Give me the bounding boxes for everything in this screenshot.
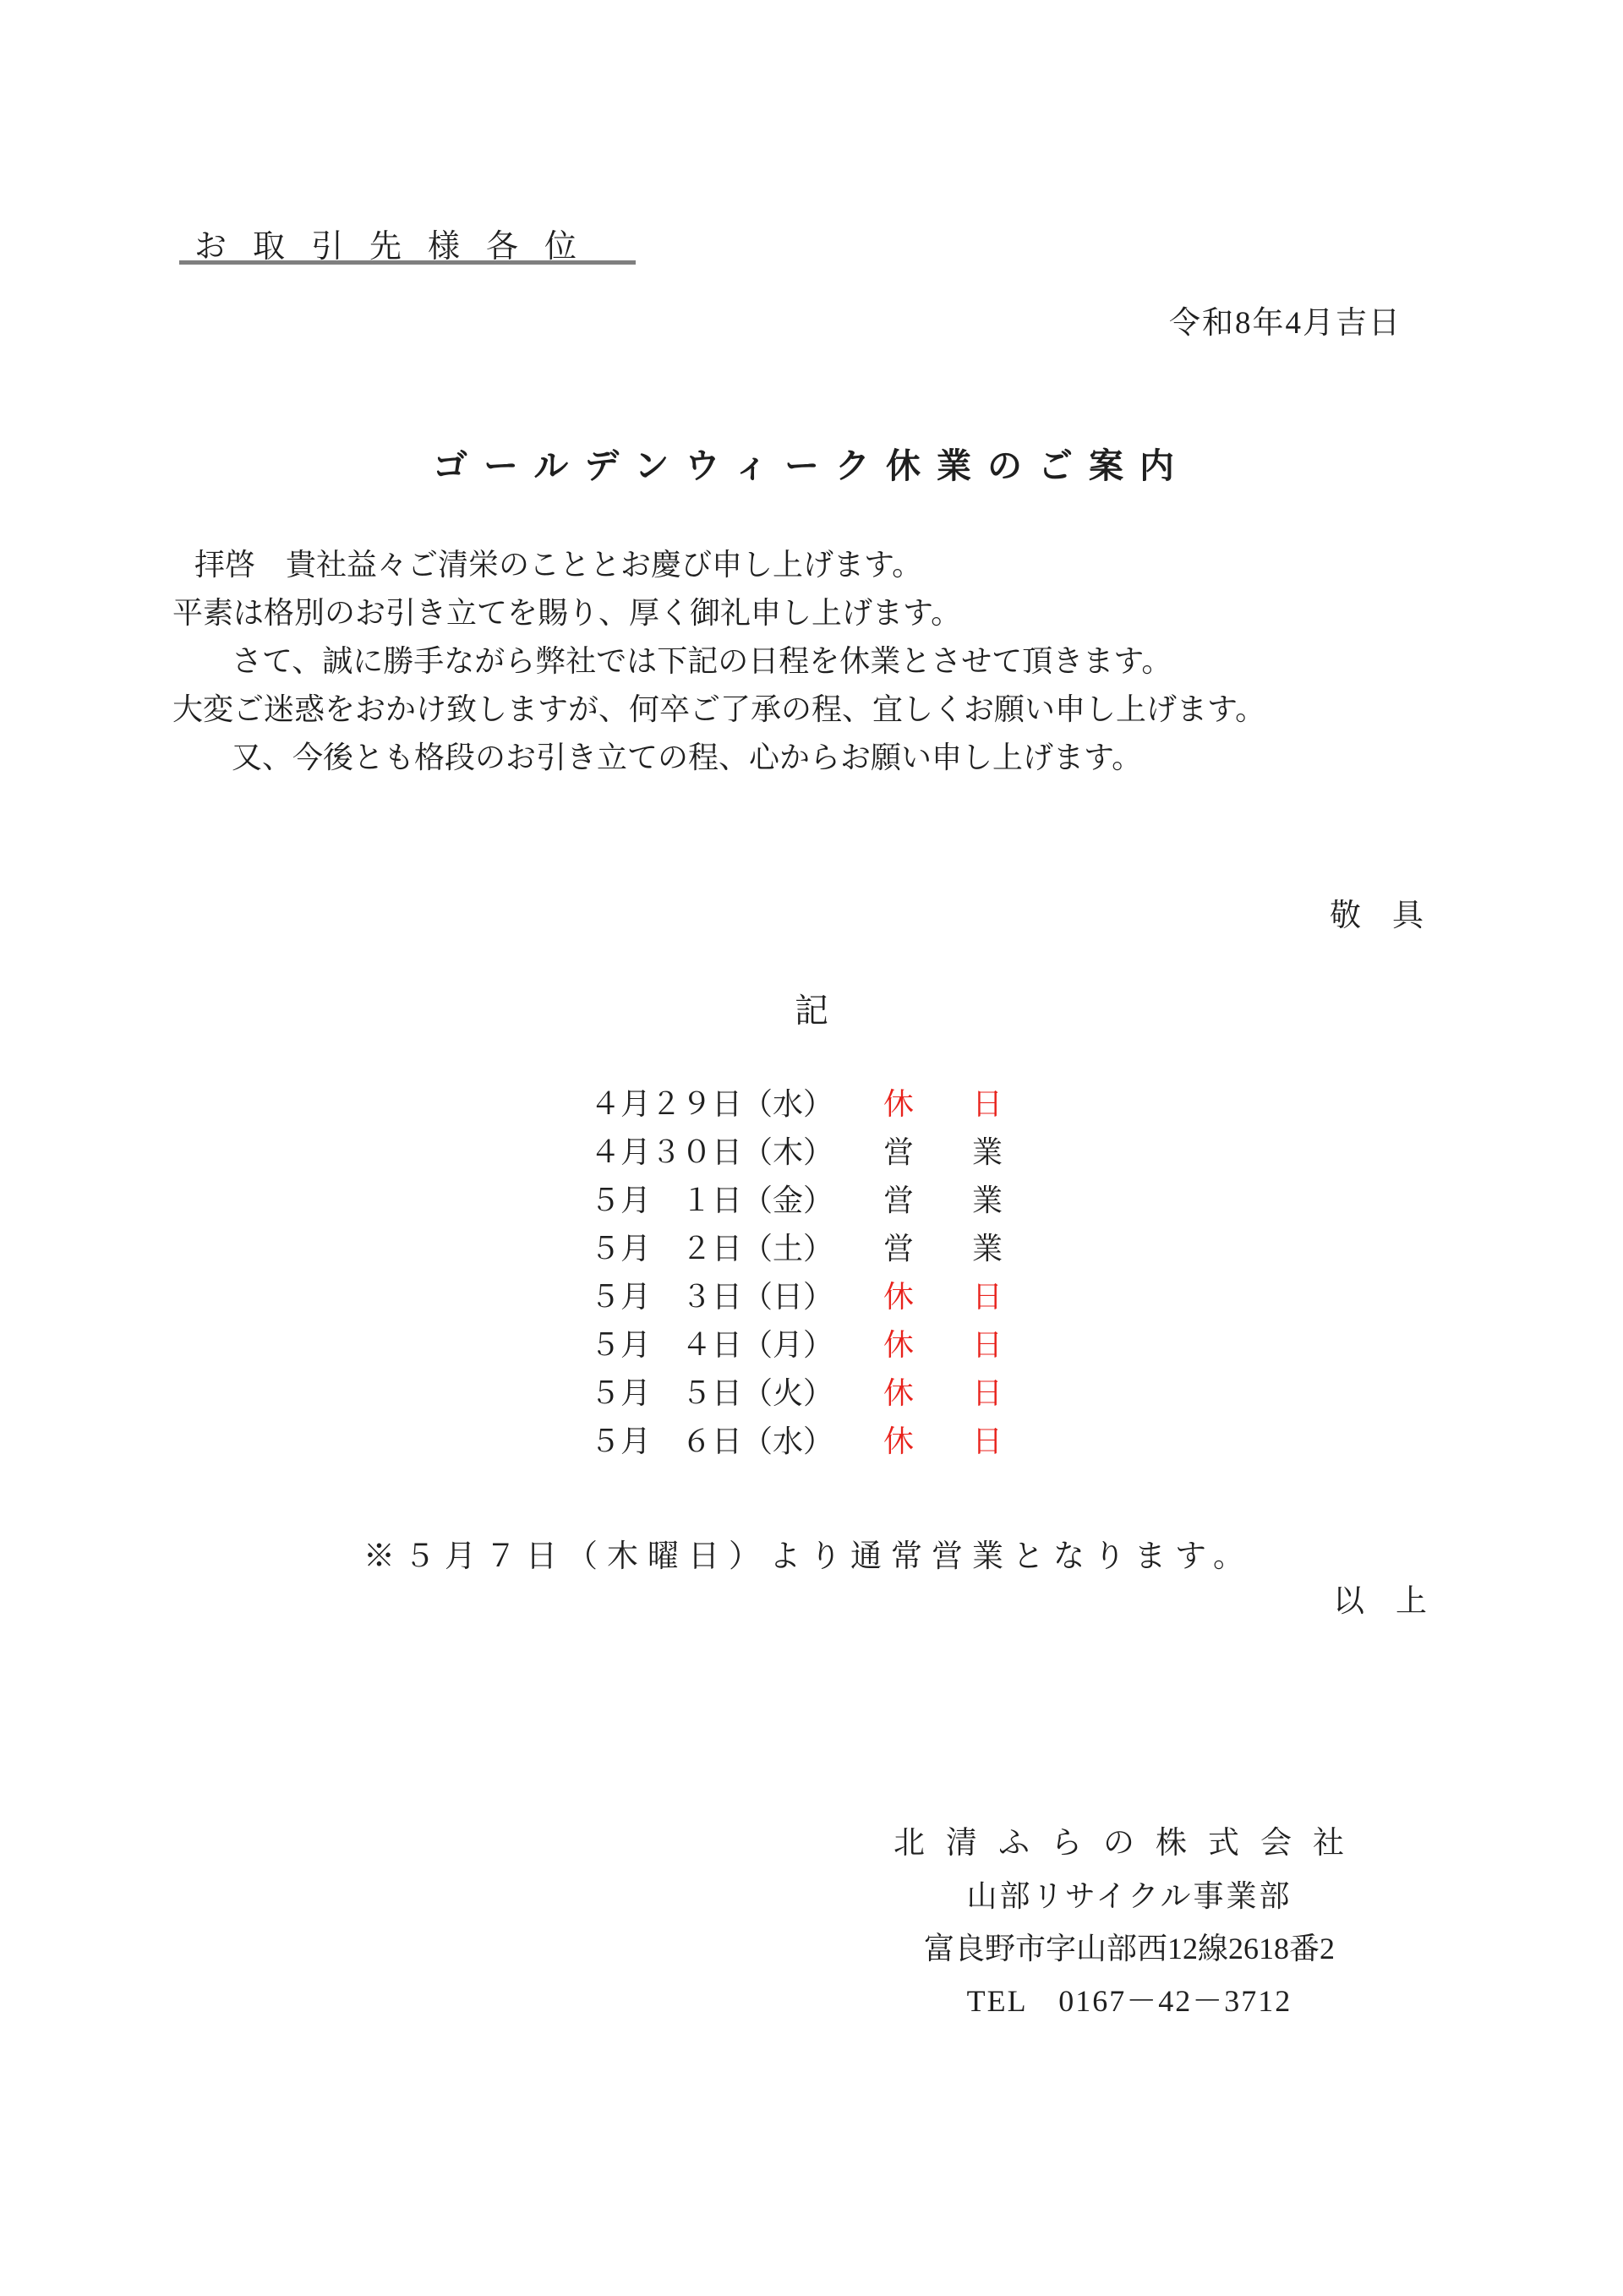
closing-salutation: 敬 具: [1330, 889, 1424, 935]
recipient-underline: [179, 260, 636, 265]
schedule-status-char-1: 営: [883, 1225, 914, 1268]
schedule-status-char-1: 休: [883, 1273, 914, 1316]
body-paragraph: 又、今後とも格段のお引き立ての程、心からお願い申し上げます。: [172, 734, 1265, 782]
schedule-status-char-2: 日: [972, 1080, 1003, 1123]
schedule-row: ５月 １日（金） 営 業: [590, 1177, 1097, 1225]
schedule-status-char-2: 日: [972, 1273, 1003, 1316]
greeting-paragraphs: 拝啓 貴社益々ご清栄のこととお慶び申し上げます。 平素は格別のお引き立てを賜り、…: [172, 541, 1265, 782]
company-tel: TEL 0167－42－3712: [845, 1975, 1413, 2027]
document-page: お取引先様各位 令和8年4月吉日 ゴールデンウィーク休業のご案内 拝啓 貴社益々…: [0, 0, 1623, 2296]
record-heading: 記: [0, 984, 1623, 1032]
schedule-row: ５月 ３日（日） 休 日: [590, 1273, 1097, 1321]
document-title: ゴールデンウィーク休業のご案内: [0, 438, 1623, 488]
schedule-date: ５月 １日（金）: [590, 1177, 833, 1220]
company-name: 北清ふらの株式会社: [845, 1818, 1413, 1870]
schedule-date: ５月 ６日（水）: [590, 1418, 833, 1461]
schedule-date: ４月３０日（木）: [590, 1129, 833, 1172]
body-paragraph: 平素は格別のお引き立てを賜り、厚く御礼申し上げます。: [172, 589, 1265, 637]
schedule-status-char-2: 業: [972, 1177, 1003, 1220]
schedule-status-char-1: 営: [883, 1129, 914, 1172]
schedule-date: ４月２９日（水）: [590, 1080, 833, 1123]
company-block: 北清ふらの株式会社 山部リサイクル事業部 富良野市字山部西12線2618番2 T…: [845, 1818, 1413, 2027]
body-paragraph: 拝啓 貴社益々ご清栄のこととお慶び申し上げます。: [172, 541, 1265, 589]
schedule-row: ５月 ４日（月） 休 日: [590, 1321, 1097, 1369]
note-line: ※５月７日（木曜日）より通常営業となります。: [363, 1530, 1254, 1576]
schedule-date: ５月 ２日（土）: [590, 1225, 833, 1268]
schedule-status-char-2: 業: [972, 1225, 1003, 1268]
company-address: 富良野市字山部西12線2618番2: [845, 1922, 1413, 1975]
schedule-status-char-1: 営: [883, 1177, 914, 1220]
schedule-status-char-2: 日: [972, 1321, 1003, 1364]
schedule-status-char-2: 日: [972, 1418, 1003, 1461]
holiday-schedule-list: ４月２９日（水） 休 日 ４月３０日（木） 営 業 ５月 １日（金） 営 業 ５…: [590, 1080, 1097, 1466]
schedule-date: ５月 ５日（火）: [590, 1369, 833, 1413]
schedule-status-char-1: 休: [883, 1418, 914, 1461]
schedule-row: ５月 ６日（水） 休 日: [590, 1418, 1097, 1466]
schedule-row: ５月 ５日（火） 休 日: [590, 1369, 1097, 1418]
schedule-date: ５月 ４日（月）: [590, 1321, 833, 1364]
body-paragraph: 大変ご迷惑をおかけ致しますが、何卒ご了承の程、宜しくお願い申し上げます。: [172, 686, 1265, 734]
schedule-row: ５月 ２日（土） 営 業: [590, 1225, 1097, 1273]
schedule-row: ４月３０日（木） 営 業: [590, 1129, 1097, 1177]
schedule-status-char-1: 休: [883, 1080, 914, 1123]
schedule-date: ５月 ３日（日）: [590, 1273, 833, 1316]
document-date: 令和8年4月吉日: [1169, 297, 1402, 342]
schedule-status-char-1: 休: [883, 1369, 914, 1413]
body-paragraph: さて、誠に勝手ながら弊社では下記の日程を休業とさせて頂きます。: [172, 637, 1265, 686]
recipient-line: お取引先様各位: [194, 220, 603, 266]
schedule-row: ４月２９日（水） 休 日: [590, 1080, 1097, 1129]
schedule-status-char-2: 業: [972, 1129, 1003, 1172]
company-division: 山部リサイクル事業部: [845, 1870, 1413, 1922]
schedule-status-char-1: 休: [883, 1321, 914, 1364]
schedule-status-char-2: 日: [972, 1369, 1003, 1413]
end-mark: 以 上: [1333, 1575, 1427, 1621]
